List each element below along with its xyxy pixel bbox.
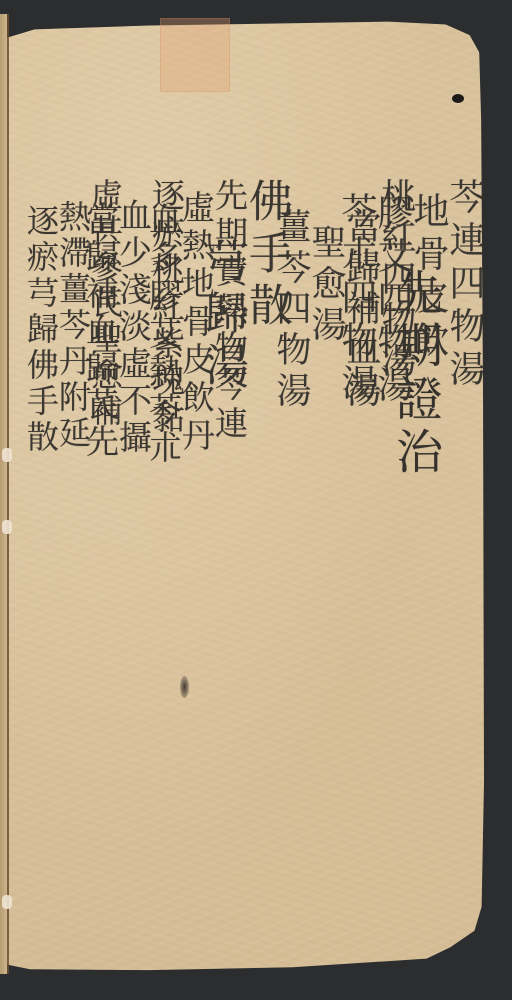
verse-line: 熱滯薑芩丹附延 <box>57 200 89 456</box>
verse-line: 虛甚參芪聖愈補 <box>89 178 121 456</box>
formula-name: 佛手散 <box>244 178 288 394</box>
binding-thread <box>2 895 12 909</box>
verse-line: 逐瘀芎歸佛手散 <box>25 204 57 456</box>
binding-thread <box>2 448 12 462</box>
formula-name: 聖愈湯 <box>308 224 343 413</box>
ink-blot <box>180 676 189 698</box>
text-column-2: 桃紅四物湯 當歸補血湯 聖愈湯 薑芩四物湯 <box>273 178 413 413</box>
paper-page <box>6 14 484 974</box>
worm-hole <box>452 94 464 103</box>
formula-name: 當歸補血湯 <box>343 208 378 413</box>
verse-line: 先期實熱物芩連 <box>213 178 246 468</box>
formula-name: 桃紅四物湯 <box>378 178 413 413</box>
manuscript-scan: 先期證治 芩連四物湯 地骨皮飲 膠艾四物湯 芩朮四物湯 桃紅四物湯 當歸補血湯 … <box>0 0 512 1000</box>
formula-name: 芩連四物湯 <box>446 178 482 409</box>
binding-thread <box>2 520 12 534</box>
binding-edge <box>0 14 7 974</box>
faded-seal <box>160 18 230 92</box>
binding-line <box>7 14 9 974</box>
text-column-6: 虛甚參芪聖愈補 熱滯薑芩丹附延 逐瘀芎歸佛手散 <box>25 178 121 456</box>
verse-line: 逐瘀桃紅紫塊黏 <box>150 178 183 461</box>
